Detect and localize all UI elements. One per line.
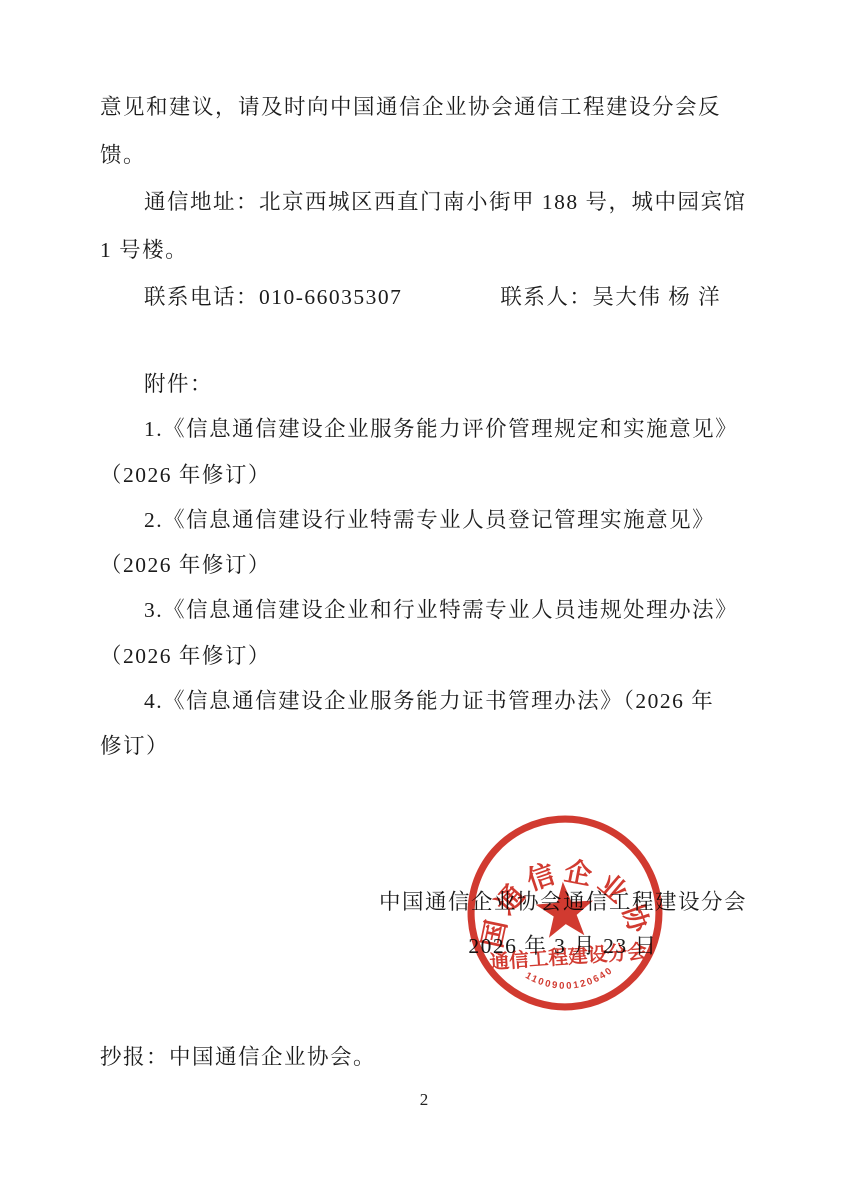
attachments-section: 附件： 1.《信息通信建设企业服务能力评价管理规定和实施意见》 （2026 年修… (100, 362, 750, 770)
seal-banner-text: 通信工程建设分会 (489, 940, 648, 974)
official-seal: 中国通信企业协会 通信工程建设分会 1100900120640 (457, 805, 673, 1021)
attachment-line: 2.《信息通信建设行业特需专业人员登记管理实施意见》 (100, 498, 750, 543)
attachment-line: （2026 年修订） (100, 453, 750, 498)
seal-arc-text: 中国通信企业协会 (457, 805, 658, 954)
body-text: 意见和建议，请及时向中国通信企业协会通信工程建设分会反 馈。 通信地址：北京西城… (100, 84, 750, 322)
copy-to-line: 抄报：中国通信企业协会。 (100, 1040, 376, 1071)
contact-line: 联系电话：010-66035307联系人：吴大伟 杨 洋 (100, 274, 750, 322)
attachment-line: 4.《信息通信建设企业服务能力证书管理办法》（2026 年 (100, 679, 750, 724)
document-page: 意见和建议，请及时向中国通信企业协会通信工程建设分会反 馈。 通信地址：北京西城… (0, 0, 848, 1200)
body-line: 意见和建议，请及时向中国通信企业协会通信工程建设分会反 (100, 84, 750, 132)
attachment-line: 1.《信息通信建设企业服务能力评价管理规定和实施意见》 (100, 407, 750, 452)
contact-person: 联系人：吴大伟 杨 洋 (500, 285, 721, 309)
body-line-address: 通信地址：北京西城区西直门南小街甲 188 号，城中园宾馆 (100, 179, 750, 227)
body-line: 馈。 (100, 132, 750, 180)
attachment-line: （2026 年修订） (100, 543, 750, 588)
page-number: 2 (0, 1090, 848, 1110)
attachment-line: 3.《信息通信建设企业和行业特需专业人员违规处理办法》 (100, 588, 750, 633)
body-line: 1 号楼。 (100, 227, 750, 275)
contact-phone: 联系电话：010-66035307 (144, 285, 402, 309)
attachment-line: 修订） (100, 724, 750, 769)
attachments-label: 附件： (100, 362, 750, 407)
attachment-line: （2026 年修订） (100, 634, 750, 679)
